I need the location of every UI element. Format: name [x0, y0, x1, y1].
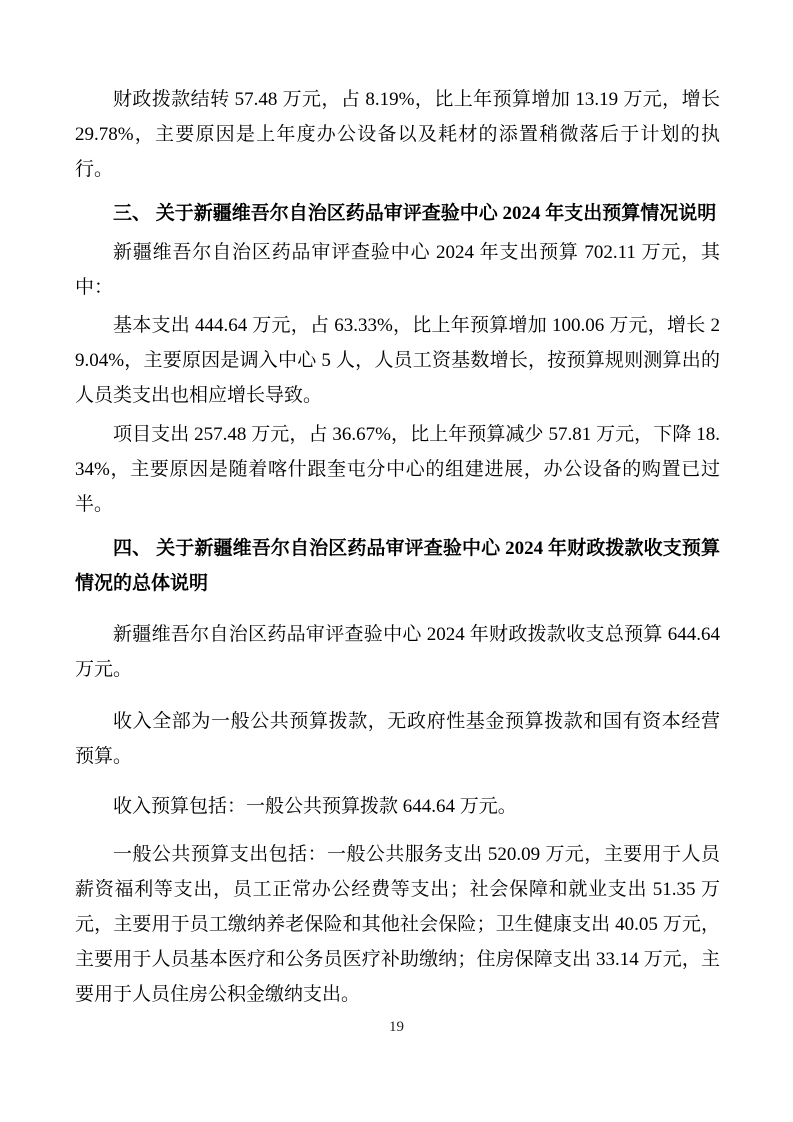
paragraph-expenditure-total: 新疆维吾尔自治区药品审评查验中心 2024 年支出预算 702.11 万元，其中… [75, 235, 720, 305]
document-body: 财政拨款结转 57.48 万元，占 8.19%，比上年预算增加 13.19 万元… [75, 0, 720, 1012]
paragraph-income-source: 收入全部为一般公共预算拨款，无政府性基金预算拨款和国有资本经营预算。 [75, 704, 720, 774]
paragraph-project-expenditure: 项目支出 257.48 万元，占 36.67%，比上年预算减少 57.81 万元… [75, 417, 720, 522]
section-heading-four-fiscal-appropriation-overview: 四、 关于新疆维吾尔自治区药品审评查验中心 2024 年财政拨款收支预算情况的总… [75, 531, 720, 601]
document-page: 财政拨款结转 57.48 万元，占 8.19%，比上年预算增加 13.19 万元… [0, 0, 793, 1122]
paragraph-public-budget-expenditure-breakdown: 一般公共预算支出包括：一般公共服务支出 520.09 万元，主要用于人员薪资福利… [75, 837, 720, 1012]
section-heading-three-expenditure-budget: 三、 关于新疆维吾尔自治区药品审评查验中心 2024 年支出预算情况说明 [75, 196, 720, 231]
page-number: 19 [389, 1019, 404, 1035]
paragraph-fiscal-carryover: 财政拨款结转 57.48 万元，占 8.19%，比上年预算增加 13.19 万元… [75, 82, 720, 187]
page-footer: 19 [0, 1016, 793, 1038]
paragraph-fiscal-appropriation-total: 新疆维吾尔自治区药品审评查验中心 2024 年财政拨款收支总预算 644.64 … [75, 617, 720, 687]
paragraph-basic-expenditure: 基本支出 444.64 万元，占 63.33%，比上年预算增加 100.06 万… [75, 308, 720, 413]
paragraph-income-budget: 收入预算包括：一般公共预算拨款 644.64 万元。 [75, 789, 720, 824]
